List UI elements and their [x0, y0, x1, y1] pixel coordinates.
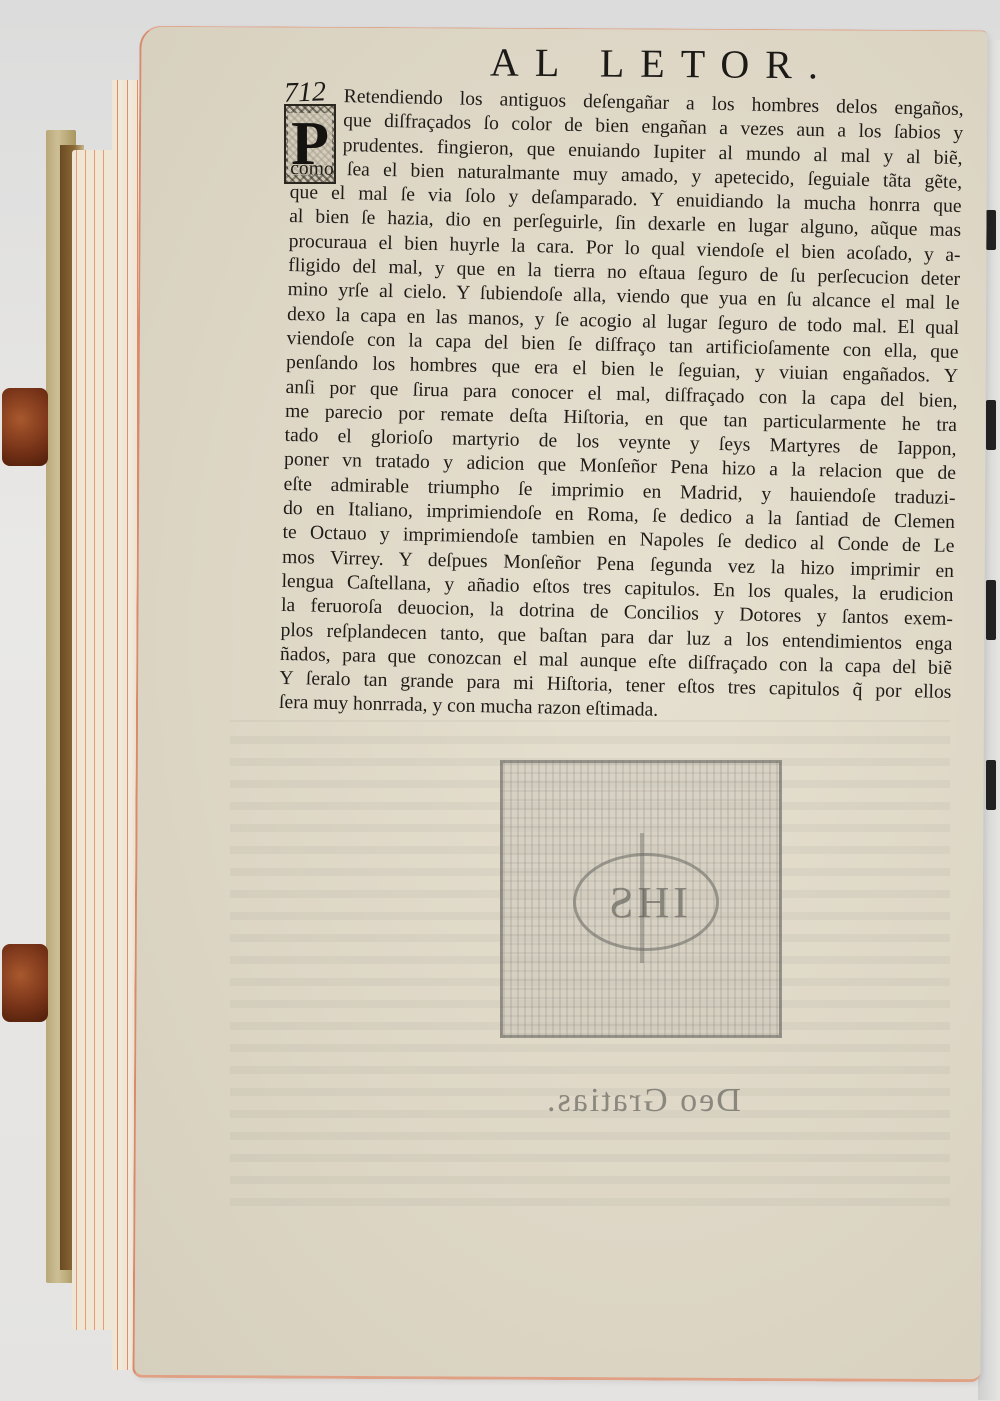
- bleed-through-caption: Deo Gratias.: [545, 1082, 741, 1120]
- facing-page-marks: [986, 0, 1000, 1401]
- bleed-through-ornament: IHS: [500, 760, 782, 1038]
- leather-tie-upper: [2, 388, 48, 466]
- monogram-text: IHS: [605, 877, 688, 928]
- leather-tie-lower: [2, 944, 48, 1022]
- body-text: Retendiendo los antiguos deſengañar a lo…: [279, 84, 964, 730]
- running-head: AL LETOR.: [490, 39, 834, 89]
- monogram-oval: IHS: [573, 853, 719, 951]
